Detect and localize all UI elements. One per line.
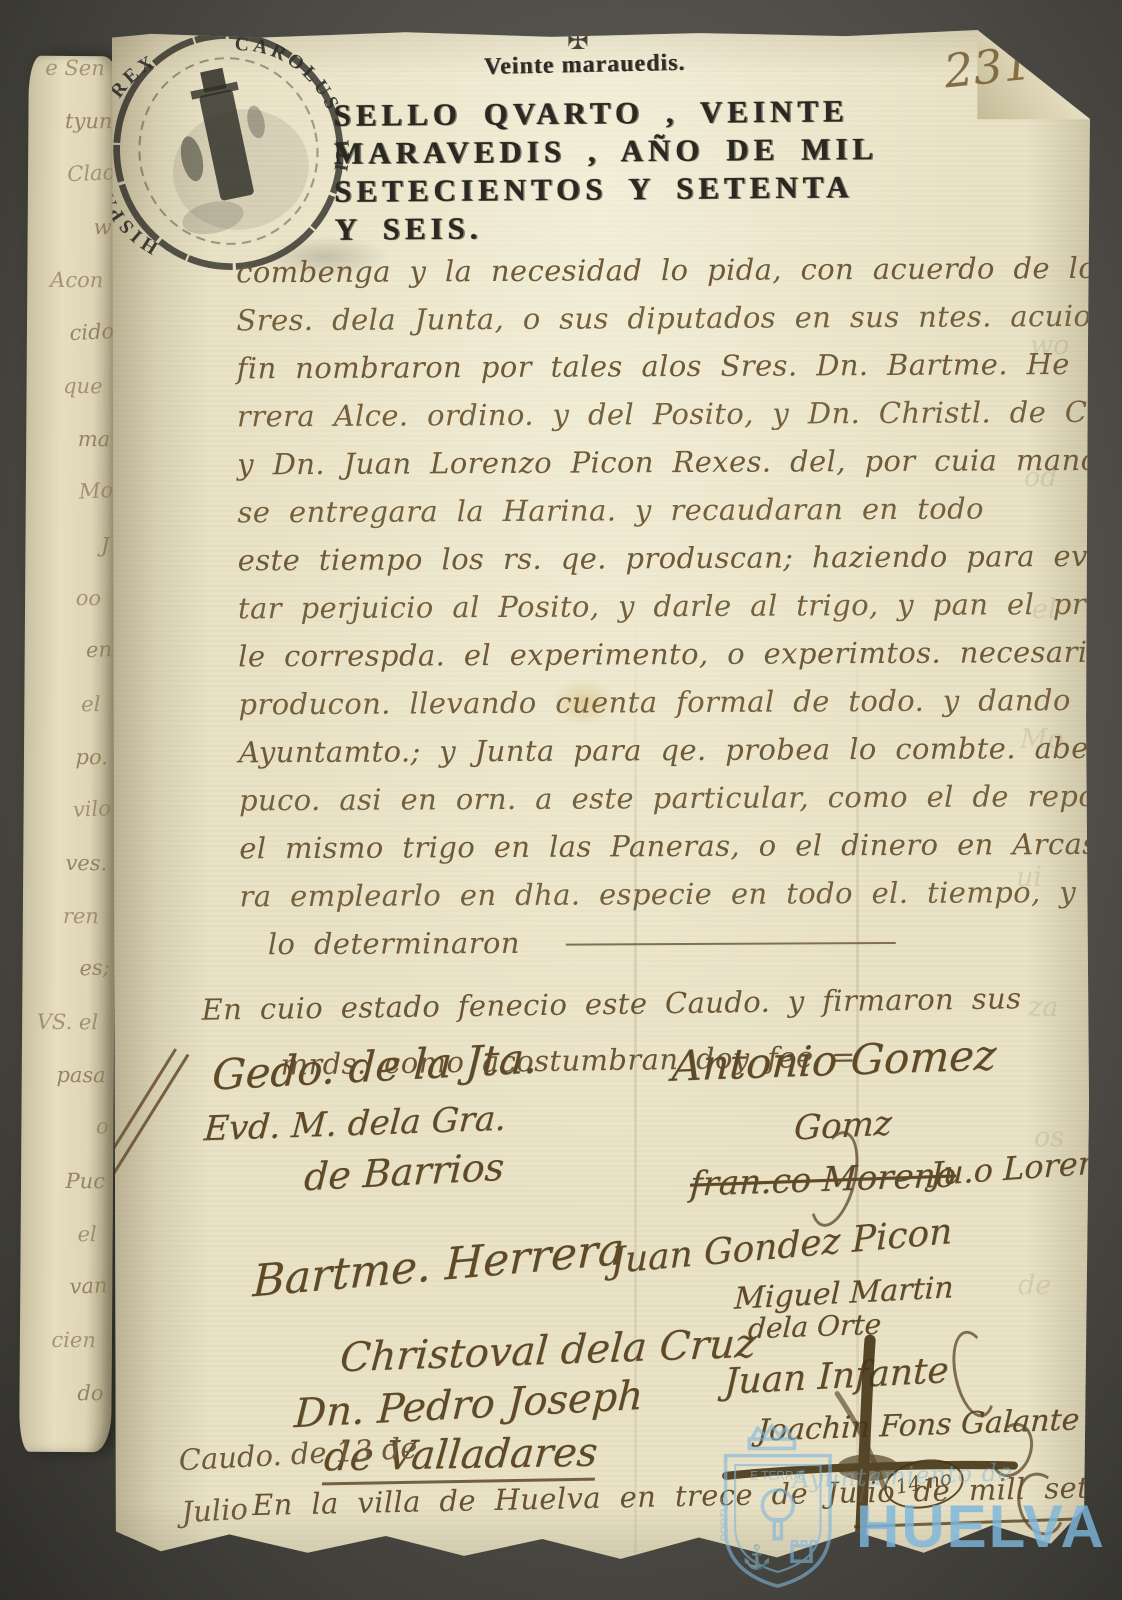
previous-page-text-fragment: van: [19, 1273, 113, 1330]
previous-page-text-fragment: el: [20, 1222, 112, 1276]
manuscript-line: rrera Alce. ordino. y del Posito, y Dn. …: [237, 388, 1122, 441]
manuscript-line: le correspda. el experimento, o experimt…: [238, 628, 1122, 681]
previous-page-text-fragment: Clao: [27, 160, 121, 217]
manuscript-line: Ayuntamto.; y Junta para qe. probea lo c…: [239, 724, 1122, 777]
anchor-icon: ⚓: [742, 1543, 772, 1571]
signature-de-barrios: de Barrios: [303, 1145, 505, 1200]
previous-page-text-fragment: cido: [26, 319, 120, 376]
previous-page-text-fragment: pasa: [21, 1063, 113, 1117]
previous-page-text-fragment: po.: [24, 745, 116, 799]
previous-page-text-fragment: Mo: [25, 478, 119, 535]
previous-page-text-fragment: es;: [21, 955, 115, 1012]
bleed-through-fragment: za: [1028, 992, 1058, 1023]
manuscript-line: fin nombraron por tales alos Sres. Dn. B…: [237, 340, 1122, 393]
sello-heading-line: SETECIENTOS Y SETENTA: [334, 167, 974, 211]
watermark-huelva-wordmark: HUELVA: [856, 1492, 1106, 1561]
previous-page-text-fragment: cien: [20, 1328, 112, 1382]
bleed-through-fragment: de: [1018, 1270, 1051, 1301]
previous-page-text-fragment: o: [20, 1114, 114, 1171]
previous-page-text-fragment: J: [25, 533, 117, 587]
previous-page-edge: e SentyunClaowAconcidoquemaMoJooenelpo.v…: [19, 56, 121, 1453]
huelva-archive-shield-watermark: E TERRÆ ⚓ PORTUS: [695, 1420, 863, 1598]
previous-page-text-fragment: w: [27, 215, 119, 269]
previous-page-text-fragment: Puc: [21, 1169, 113, 1223]
signature-cristobal-cruz: Christoval dela Cruz: [339, 1321, 758, 1382]
sello-heading-line: SELLO QVARTO , VEINTE: [333, 91, 973, 135]
previous-page-text-fragment: ren: [23, 904, 115, 958]
seal-coat-of-arms: [153, 54, 320, 242]
sello-heading-line: MARAVEDIS , AÑO DE MIL: [334, 129, 974, 173]
previous-page-text-fragment: tyun: [28, 109, 120, 163]
tree-icon: [762, 1490, 793, 1521]
previous-page-text-fragment: Acon: [27, 268, 119, 322]
manuscript-line: y Dn. Juan Lorenzo Picon Rexes. del, por…: [237, 436, 1122, 489]
sello-heading-line: Y SEIS.: [334, 205, 974, 249]
previous-page-text-fragment: que: [26, 374, 118, 428]
manuscript-line: Sres. dela Junta, o sus diputados en sus…: [236, 292, 1122, 345]
manuscript-line: combenga y la necesidad lo pida, con acu…: [236, 244, 1122, 297]
previous-page-text-fragment: vilo: [22, 796, 116, 853]
folio-number: 231: [941, 36, 1034, 99]
signature-gondez-picon: Juan Gondez Picon: [611, 1211, 953, 1282]
signature-escribano: Evd. M. dela Gra.: [203, 1099, 508, 1150]
closing-line: En cuio estado fenecio este Caudo. y fir…: [201, 970, 1022, 1037]
sello-heading: SELLO QVARTO , VEINTE MARAVEDIS , AÑO DE…: [333, 91, 974, 249]
signature-bartolome-herrera: Bartme. Herrera: [252, 1224, 625, 1308]
manuscript-line: se entregara la Harina. y recaudaran en …: [237, 484, 1122, 537]
previous-page-text-fragment: el: [24, 692, 116, 746]
manuscript-page: woodelMouizaosde HISPANIAR · REX CAROLUS…: [112, 30, 1090, 1562]
manuscript-line: puco. asi en orn. a este particular, com…: [239, 772, 1122, 825]
tax-value-line: Veinte marauedis.: [484, 50, 686, 81]
shield-side-text: PORTUS: [719, 1497, 731, 1541]
manuscript-line: lo determinaron: [268, 916, 1122, 969]
previous-page-text-fragment: oo: [25, 586, 117, 640]
previous-page-text-fragment: ma: [26, 427, 118, 481]
previous-page-text-fragment: en: [23, 637, 117, 694]
manuscript-line: tar perjuicio al Posito, y darle al trig…: [238, 580, 1122, 633]
previous-page-text-fragment: VS. el: [22, 1010, 114, 1064]
signature-juan-lorenzo: Ju.o Lorenzo: [930, 1141, 1122, 1193]
manuscript-line: producon. llevando cuenta formal de todo…: [238, 676, 1122, 729]
previous-page-text-fragment: ves.: [23, 851, 115, 905]
manuscript-line: este tiempo los rs. qe. produscan; hazie…: [238, 532, 1122, 585]
previous-page-text-fragment: e Sen: [29, 56, 121, 110]
castle-icon: [792, 1546, 811, 1561]
photograph-background: e SentyunClaowAconcidoquemaMoJooenelpo.v…: [0, 0, 1122, 1600]
manuscript-line: ra emplearlo en dha. especie en todo el.…: [239, 868, 1122, 921]
royal-ink-seal: HISPANIAR · REX CAROLUS · III: [104, 24, 352, 274]
crown-icon: [752, 1426, 792, 1439]
previous-page-text-fragment: do: [19, 1381, 111, 1435]
manuscript-body: combenga y la necesidad lo pida, con acu…: [236, 244, 1122, 969]
manuscript-line: el mismo trigo en las Paneras, o el dine…: [239, 820, 1122, 873]
